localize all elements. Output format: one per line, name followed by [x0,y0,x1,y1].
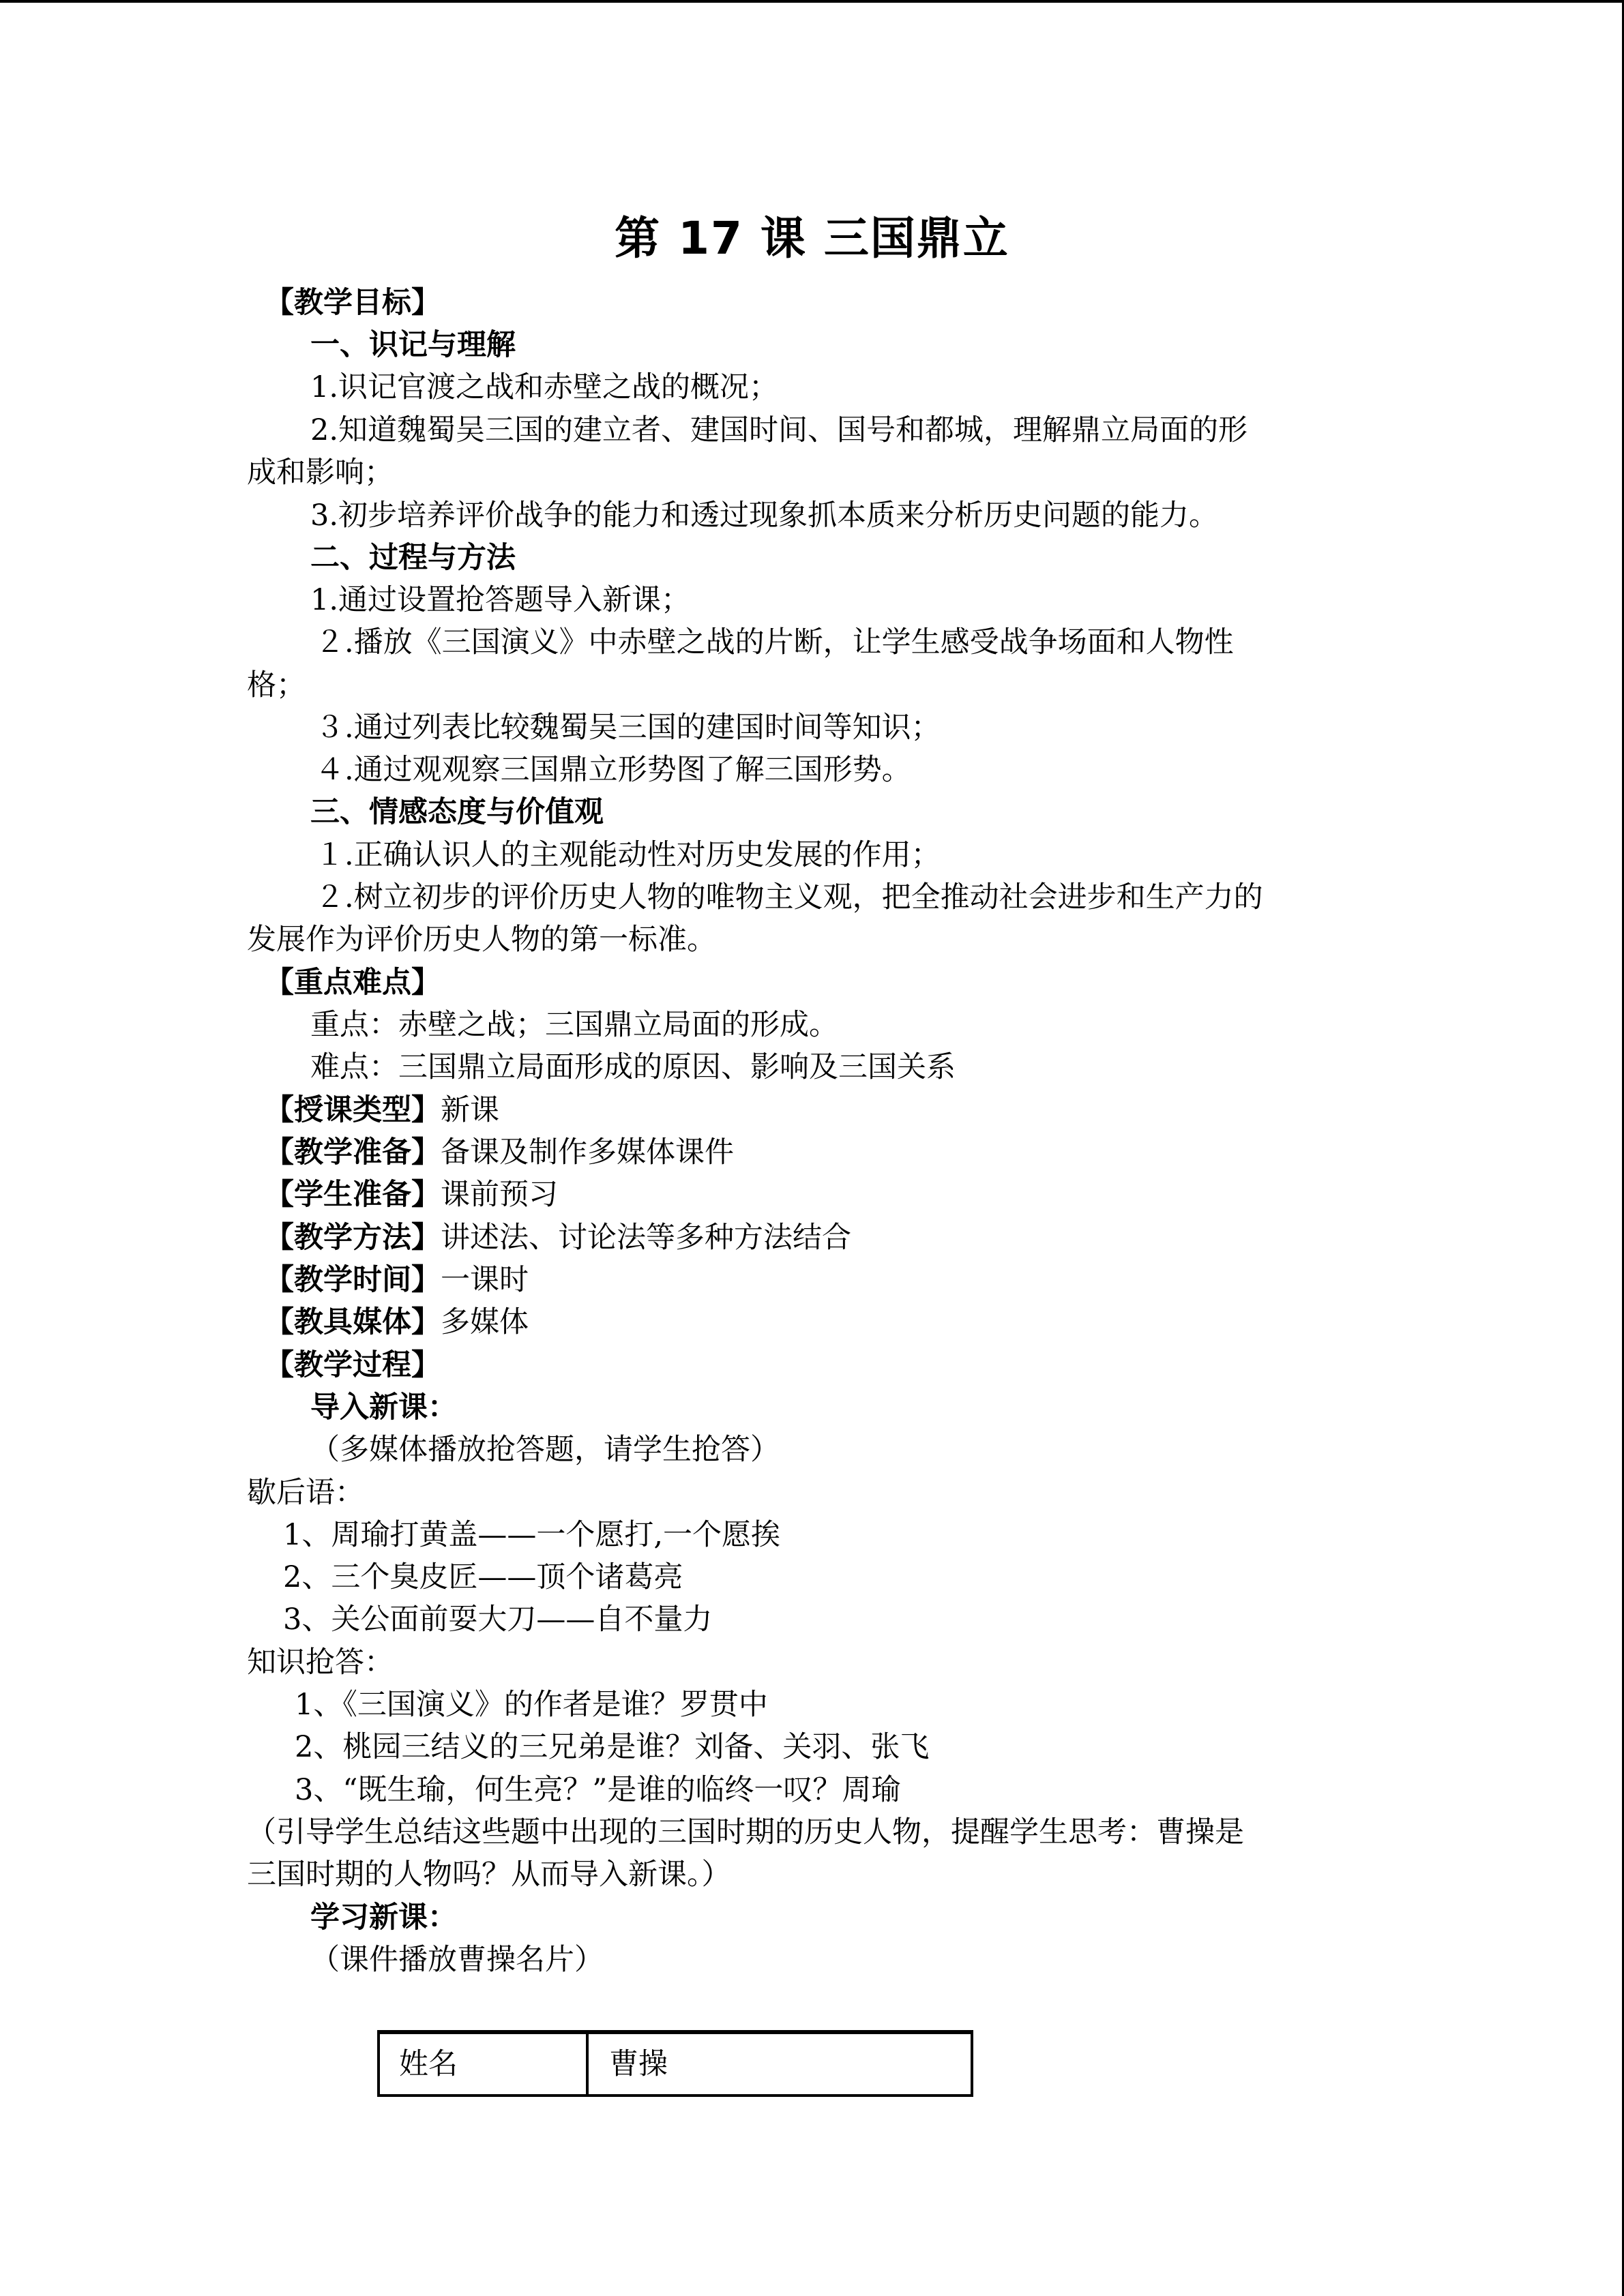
profile-card-table: 姓名 曹操 [377,2030,973,2097]
meta-row-time: 【教学时间】一课时 [265,1259,529,1301]
values-item: １.正确认识人的主观能动性对历史发展的作用； [315,834,941,876]
process-item: 1.通过设置抢答题导入新课； [310,579,690,621]
process-item: ２.播放《三国演义》中赤壁之战的片断，让学生感受战争场面和人物性 [315,621,1234,664]
new-lesson-heading: 学习新课： [310,1896,457,1939]
section-heading-process: 【教学过程】 [265,1344,441,1386]
subsection-heading-1: 一、识记与理解 [310,324,516,366]
page-border-top [0,0,1624,3]
quiz-item: 2、桃园三结义的三兄弟是谁？刘备、关羽、张飞 [295,1726,929,1768]
difficult-point: 难点：三国鼎立局面形成的原因、影响及三国关系 [310,1046,956,1088]
meta-value: 讲述法、讨论法等多种方法结合 [441,1221,851,1255]
meta-value: 新课 [441,1093,499,1127]
meta-label: 【学生准备】 [265,1178,441,1212]
meta-row-student-prep: 【学生准备】课前预习 [265,1174,558,1216]
meta-value: 一课时 [441,1263,529,1297]
subsection-heading-3: 三、情感态度与价值观 [310,791,604,833]
intro-note: （多媒体播放抢答题，请学生抢答） [310,1429,780,1471]
meta-row-lesson-type: 【授课类型】新课 [265,1089,499,1131]
objective-item: 3.初步培养评价战争的能力和透过现象抓本质来分析历史问题的能力。 [310,494,1218,537]
section-heading-objectives: 【教学目标】 [265,282,441,324]
section-heading-key-points: 【重点难点】 [265,961,441,1004]
process-item: ３.通过列表比较魏蜀吴三国的建国时间等知识； [315,706,941,749]
quiz-heading: 知识抢答： [247,1641,394,1684]
meta-label: 【授课类型】 [265,1093,441,1127]
quiz-item: 3、“既生瑜，何生亮？”是谁的临终一叹？周瑜 [295,1769,900,1811]
meta-label: 【教学方法】 [265,1221,441,1255]
values-item: ２.树立初步的评价历史人物的唯物主义观，把全推动社会进步和生产力的 [315,876,1263,919]
guide-note: （引导学生总结这些题中出现的三国时期的历史人物，提醒学生思考：曹操是 [247,1811,1244,1853]
meta-value: 备课及制作多媒体课件 [441,1135,734,1169]
meta-value: 课前预习 [441,1178,558,1212]
objective-item-continued: 成和影响； [247,451,394,494]
meta-label: 【教具媒体】 [265,1305,441,1339]
subsection-heading-2: 二、过程与方法 [310,537,516,579]
quiz-item: 1、《三国演义》的作者是谁？罗贯中 [295,1684,768,1726]
riddle-item: 3、关公面前耍大刀——自不量力 [283,1598,712,1641]
meta-label: 【教学准备】 [265,1135,441,1169]
intro-heading: 导入新课： [310,1386,457,1429]
process-item-continued: 格； [247,664,306,706]
objective-item: 1.识记官渡之战和赤壁之战的概况； [310,366,778,408]
new-lesson-note: （课件播放曹操名片） [310,1939,604,1981]
guide-note-continued: 三国时期的人物吗？从而导入新课。） [247,1853,731,1896]
page-title: 第 17 课 三国鼎立 [0,205,1624,273]
riddles-heading: 歇后语： [247,1472,364,1514]
process-item: ４.通过观观察三国鼎立形势图了解三国形势。 [315,749,911,791]
meta-label: 【教学时间】 [265,1263,441,1297]
riddle-item: 2、三个臭皮匠——顶个诸葛亮 [283,1556,683,1598]
meta-row-media: 【教具媒体】多媒体 [265,1301,529,1343]
riddle-item: 1、周瑜打黄盖——一个愿打,一个愿挨 [283,1514,780,1556]
table-cell-label: 姓名 [380,2034,589,2094]
objective-item: 2.知道魏蜀吴三国的建立者、建国时间、国号和都城，理解鼎立局面的形 [310,409,1247,451]
values-item-continued: 发展作为评价历史人物的第一标准。 [247,919,716,961]
table-cell-value: 曹操 [589,2034,971,2094]
meta-row-method: 【教学方法】讲述法、讨论法等多种方法结合 [265,1217,851,1259]
meta-row-teacher-prep: 【教学准备】备课及制作多媒体课件 [265,1131,734,1174]
key-point: 重点：赤壁之战；三国鼎立局面的形成。 [310,1004,838,1046]
meta-value: 多媒体 [441,1305,529,1339]
